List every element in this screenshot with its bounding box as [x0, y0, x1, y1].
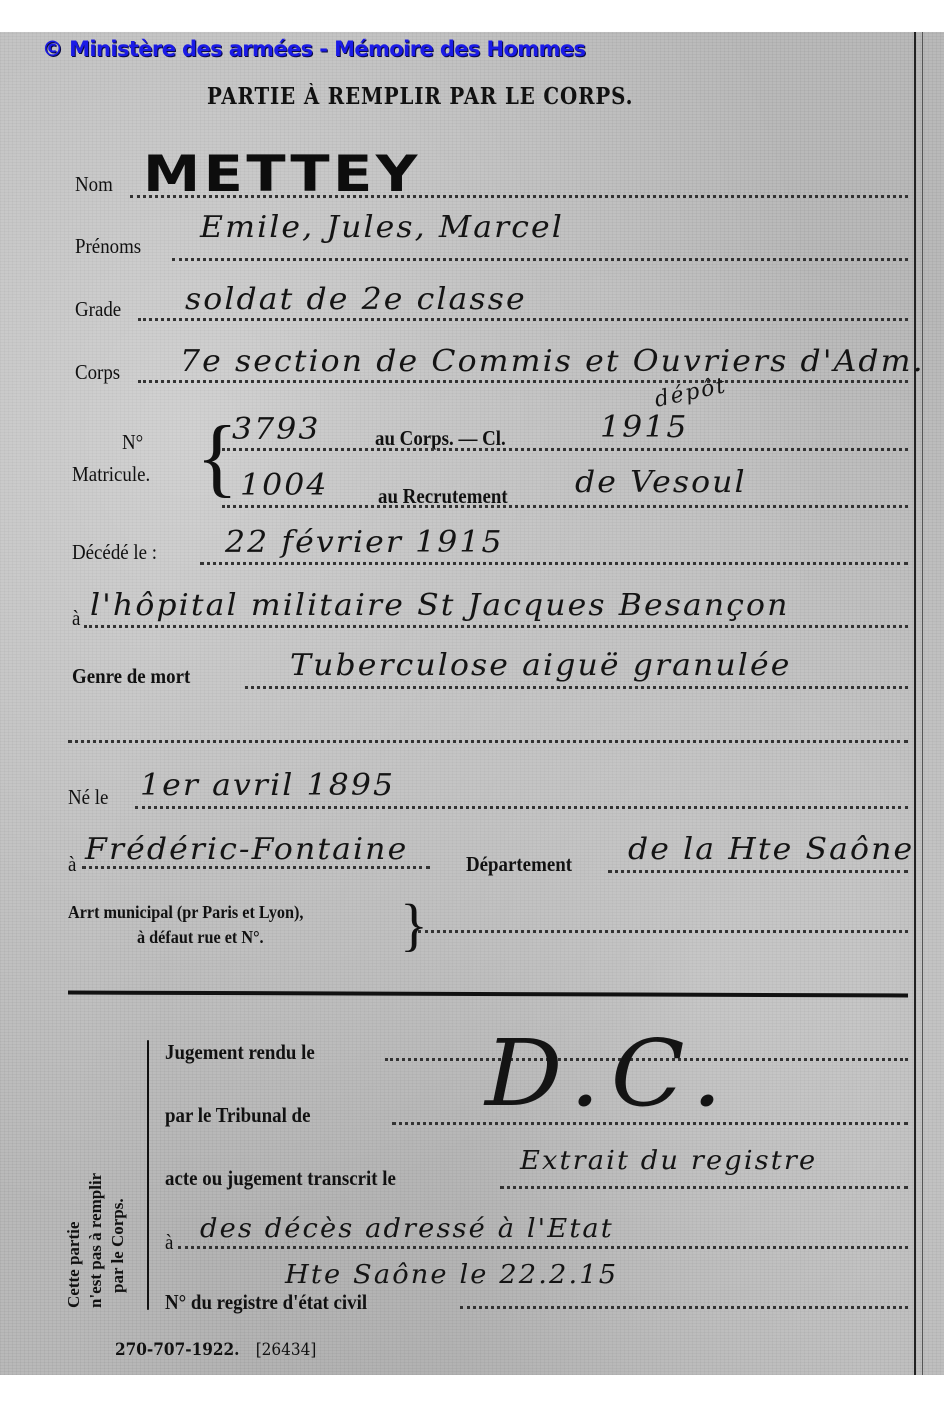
acte-dotted-line: [500, 1186, 908, 1189]
acte-label: acte ou jugement transcrit le: [165, 1166, 396, 1191]
tribunal-label: par le Tribunal de: [165, 1103, 310, 1128]
a-label: à: [165, 1230, 173, 1255]
ne-a-value: Frédéric-Fontaine: [85, 832, 408, 867]
nom-dotted-line: [130, 195, 908, 198]
departement-dotted-line: [608, 870, 908, 873]
lieu-deces-value: l'hôpital militaire St Jacques Besançon: [90, 588, 789, 623]
decede-value: 22 février 1915: [225, 525, 504, 560]
ne-le-dotted-line: [135, 806, 908, 809]
matricule-corps-dotted-line: [222, 448, 908, 451]
grade-dotted-line: [138, 318, 908, 321]
genre-mort-label: Genre de mort: [72, 664, 190, 689]
arrondissement-label-line2: à défaut rue et N°.: [137, 927, 264, 948]
prenoms-dotted-line: [172, 258, 908, 261]
page-border: [914, 32, 916, 1375]
decede-dotted-line: [200, 562, 908, 565]
grade-value: soldat de 2e classe: [185, 282, 527, 317]
matricule-label: Matricule.: [72, 462, 150, 487]
genre-mort-value: Tuberculose aiguë granulée: [290, 648, 791, 683]
recrutement-number: 1004: [240, 468, 329, 503]
classe-value: 1915: [600, 410, 689, 445]
ne-a-label: à: [68, 852, 76, 877]
departement-value: de la Hte Saône: [628, 832, 914, 867]
registre-dotted-line: [460, 1306, 908, 1309]
ne-le-label: Né le: [68, 785, 108, 810]
jugement-label: Jugement rendu le: [165, 1040, 315, 1065]
matricule-no-label: N°: [122, 430, 143, 455]
side-bracket: [147, 1040, 149, 1310]
corps-dotted-line: [138, 380, 908, 383]
side-note-line3: par le Corps.: [108, 1198, 128, 1293]
decede-label: Décédé le :: [72, 540, 157, 565]
matricule-corps-number: 3793: [232, 412, 321, 447]
a-dotted-line: [178, 1246, 908, 1249]
lieu-deces-label: à: [72, 606, 80, 631]
acte-value: Extrait du registre: [520, 1146, 817, 1176]
arrondissement-brace: }: [400, 900, 428, 950]
prenoms-value: Emile, Jules, Marcel: [200, 210, 564, 245]
blank-dotted-line: [68, 740, 908, 743]
corps-label: Corps: [75, 360, 120, 385]
form-header: PARTIE À REMPLIR PAR LE CORPS.: [207, 83, 633, 110]
grade-label: Grade: [75, 297, 121, 322]
ne-le-value: 1er avril 1895: [140, 768, 395, 803]
recrutement-value: de Vesoul: [575, 465, 747, 500]
prenoms-label: Prénoms: [75, 234, 141, 259]
corps-value: 7e section de Commis et Ouvriers d'Adm.: [180, 344, 925, 379]
arrondissement-label-line1: Arrt municipal (pr Paris et Lyon),: [68, 902, 303, 923]
copyright-watermark: © Ministère des armées - Mémoire des Hom…: [42, 37, 585, 61]
genre-mort-dotted-line: [245, 686, 908, 689]
page-border-inner: [922, 32, 923, 1375]
a-value-line1: des décès adressé à l'Etat: [200, 1214, 614, 1244]
ne-a-dotted-line: [82, 866, 430, 869]
initials-flourish: D.C.: [485, 1020, 733, 1127]
footer-code: 270-707-1922.[26434]: [115, 1340, 316, 1360]
lieu-deces-dotted-line: [84, 625, 908, 628]
side-note: Cette partie n'est pas à remplir par le …: [64, 1068, 144, 1308]
arrondissement-dotted-line: [418, 930, 908, 933]
print-reference: [26434]: [256, 1340, 317, 1360]
nom-label: Nom: [75, 172, 113, 197]
matricule-recrutement-dotted-line: [222, 505, 908, 508]
departement-label: Département: [466, 852, 572, 877]
print-code: 270-707-1922.: [115, 1340, 239, 1360]
registre-label: N° du registre d'état civil: [165, 1290, 367, 1315]
a-value-line2: Hte Saône le 22.2.15: [285, 1260, 618, 1290]
side-note-line1: Cette partie: [64, 1222, 84, 1308]
side-note-line2: n'est pas à remplir: [86, 1173, 106, 1308]
